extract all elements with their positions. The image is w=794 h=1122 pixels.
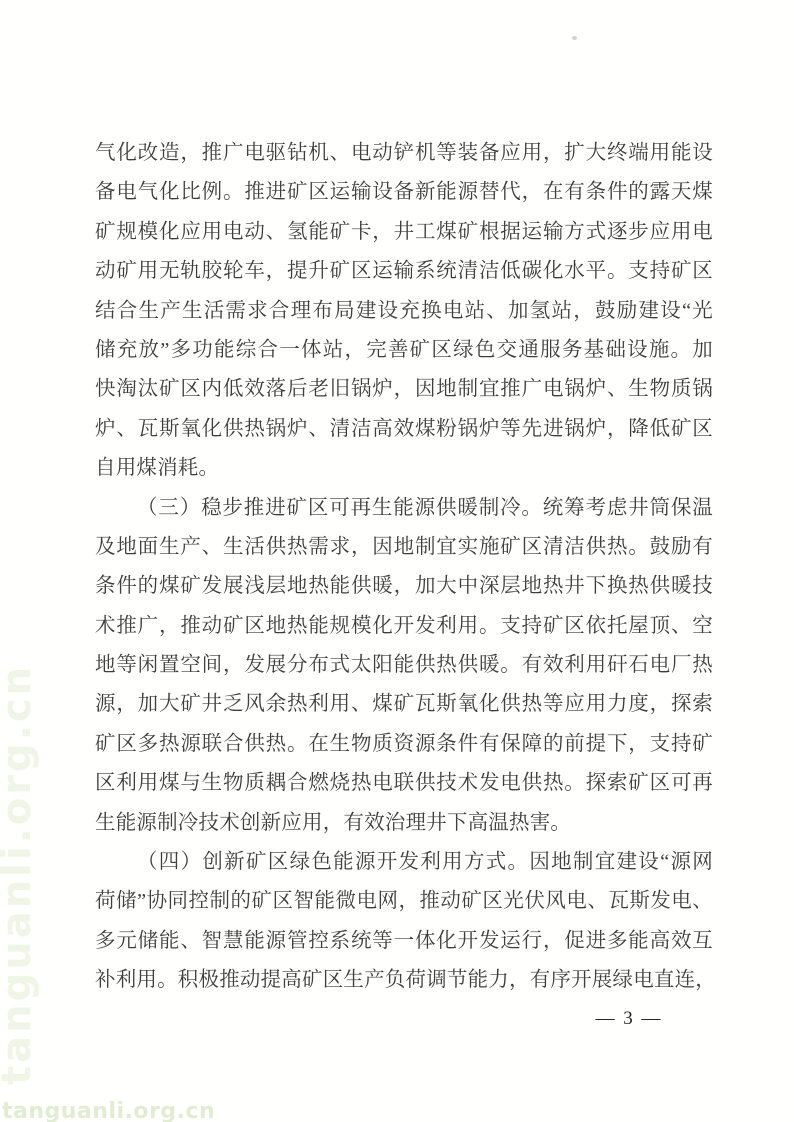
text-line: 及地面生产、生活供热需求，因地制宜实施矿区清洁供热。鼓励有 (95, 528, 713, 567)
text-line: 结合生产生活需求合理布局建设充换电站、加氢站，鼓励建设“光 (95, 292, 713, 331)
page-number: — 3 — (584, 1008, 674, 1030)
text-line: 炉、瓦斯氧化供热锅炉、清洁高效煤粉锅炉等先进锅炉，降低矿区 (95, 410, 713, 449)
text-line: （三）稳步推进矿区可再生能源供暖制冷。统筹考虑井筒保温 (95, 489, 713, 528)
text-line: 荷储”协同控制的矿区智能微电网，推动矿区光伏风电、瓦斯发电、 (95, 882, 713, 921)
text-line: 备电气化比例。推进矿区运输设备新能源替代，在有条件的露天煤 (95, 173, 713, 212)
text-line: （四）创新矿区绿色能源开发利用方式。因地制宜建设“源网 (95, 843, 713, 882)
watermark-vertical: tanguanli.org.cn (0, 664, 40, 1085)
text-line: 补利用。积极推动提高矿区生产负荷调节能力，有序开展绿电直连， (95, 961, 713, 1000)
text-line: 地等闲置空间，发展分布式太阳能供热供暖。有效利用矸石电厂热 (95, 646, 713, 685)
text-line: 生能源制冷技术创新应用，有效治理井下高温热害。 (95, 804, 713, 843)
document-body: 气化改造，推广电驱钻机、电动铲机等装备应用，扩大终端用能设备电气化比例。推进矿区… (95, 134, 713, 1001)
text-line: 气化改造，推广电驱钻机、电动铲机等装备应用，扩大终端用能设 (95, 134, 713, 173)
text-line: 快淘汰矿区内低效落后老旧锅炉，因地制宜推广电锅炉、生物质锅 (95, 370, 713, 409)
text-line: 区利用煤与生物质耦合燃烧热电联供技术发电供热。探索矿区可再 (95, 764, 713, 803)
text-line: 术推广，推动矿区地热能规模化开发利用。支持矿区依托屋顶、空 (95, 607, 713, 646)
text-line: 动矿用无轨胶轮车，提升矿区运输系统清洁低碳化水平。支持矿区 (95, 252, 713, 291)
text-line: 条件的煤矿发展浅层地热能供暖，加大中深层地热井下换热供暖技 (95, 567, 713, 606)
scan-artifact-dot (572, 36, 577, 40)
text-line: 矿规模化应用电动、氢能矿卡，井工煤矿根据运输方式逐步应用电 (95, 213, 713, 252)
text-line: 多元储能、智慧能源管控系统等一体化开发运行，促进多能高效互 (95, 922, 713, 961)
scanned-document-page: tanguanli.org.cn 气化改造，推广电驱钻机、电动铲机等装备应用，扩… (0, 0, 794, 1122)
text-line: 矿区多热源联合供热。在生物质资源条件有保障的前提下，支持矿 (95, 725, 713, 764)
text-line: 源，加大矿井乏风余热利用、煤矿瓦斯氧化供热等应用力度，探索 (95, 685, 713, 724)
text-line: 自用煤消耗。 (95, 449, 713, 488)
text-line: 储充放”多功能综合一体站，完善矿区绿色交通服务基础设施。加 (95, 331, 713, 370)
watermark-bottom: tanguanli.org.cn (2, 1099, 215, 1122)
